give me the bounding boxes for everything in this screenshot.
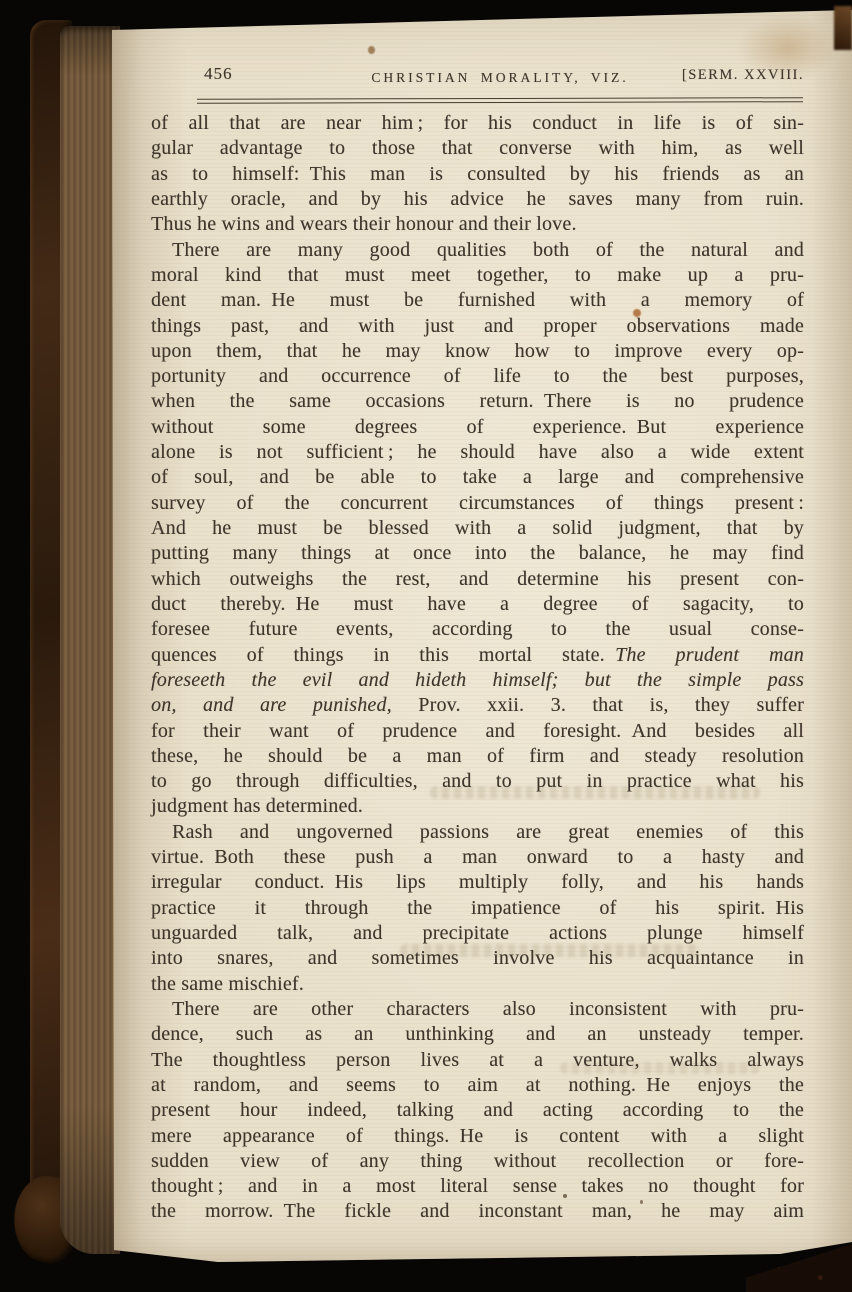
text-line: judgment has determined. <box>151 794 804 819</box>
text-line: mere appearance of things. He is content… <box>151 1124 804 1149</box>
text-line: practice it through the impatience of hi… <box>151 896 804 921</box>
text-segment: Rash and ungoverned passions are great e… <box>172 821 804 843</box>
text-segment: Prov. xxii. 3. that is, they suffer <box>418 694 804 716</box>
text-line: gular advantage to those that converse w… <box>151 136 804 161</box>
text-segment: as to himself: This man is consulted by … <box>151 163 804 185</box>
text-line: dence, such as an unthinking and an unst… <box>151 1022 804 1047</box>
paper-stain <box>368 46 375 54</box>
text-segment: There are many good qualities both of th… <box>172 239 804 261</box>
text-line: Rash and ungoverned passions are great e… <box>151 820 804 845</box>
text-line: putting many things at once into the bal… <box>151 541 804 566</box>
text-segment: moral kind that must meet together, to m… <box>151 264 804 286</box>
text-line: without some degrees of experience. But … <box>151 415 804 440</box>
text-line: duct thereby. He must have a degree of s… <box>151 592 804 617</box>
text-segment: upon them, that he may know how to impro… <box>151 340 804 362</box>
text-line: on, and are punished, Prov. xxii. 3. tha… <box>151 693 804 718</box>
text-line: upon them, that he may know how to impro… <box>151 339 804 364</box>
text-line: survey of the concurrent circumstances o… <box>151 491 804 516</box>
text-segment: virtue. Both these push a man onward to … <box>151 846 804 868</box>
text-line: quences of things in this mortal state. … <box>151 643 804 668</box>
text-line: alone is not sufficient ; he should have… <box>151 440 804 465</box>
text-line: Thus he wins and wears their honour and … <box>151 212 804 237</box>
text-line: There are many good qualities both of th… <box>151 238 804 263</box>
text-line: There are other characters also inconsis… <box>151 997 804 1022</box>
text-line: of all that are near him ; for his condu… <box>151 111 804 136</box>
text-segment: dence, such as an unthinking and an unst… <box>151 1023 804 1045</box>
text-segment: to go through difficulties, and to put i… <box>151 770 804 792</box>
text-segment: mere appearance of things. He is content… <box>151 1125 804 1147</box>
text-line: foresee future events, according to the … <box>151 617 804 642</box>
text-segment: for their want of prudence and foresight… <box>151 720 804 742</box>
text-line: of soul, and be able to take a large and… <box>151 465 804 490</box>
text-line: for their want of prudence and foresight… <box>151 719 804 744</box>
text-segment: quences of things in this mortal state. <box>151 644 615 666</box>
text-segment: And he must be blessed with a solid judg… <box>151 517 804 539</box>
text-segment: foresee future events, according to the … <box>151 618 804 640</box>
text-line: The thoughtless person lives at a ventur… <box>151 1048 804 1073</box>
text-line: the same mischief. <box>151 972 804 997</box>
text-line: when the same occasions return. There is… <box>151 389 804 414</box>
text-line: portunity and occurrence of life to the … <box>151 364 804 389</box>
text-segment: the morrow. The fickle and inconstant ma… <box>151 1200 804 1222</box>
scripture-quote-segment: foreseeth the evil and hideth himself; b… <box>151 669 804 691</box>
scanned-book-photo: 456 CHRISTIAN MORALITY, VIZ. [SERM. XXVI… <box>0 0 852 1292</box>
text-segment: portunity and occurrence of life to the … <box>151 365 804 387</box>
text-segment: putting many things at once into the bal… <box>151 542 804 564</box>
text-segment: when the same occasions return. There is… <box>151 390 804 412</box>
text-line: into snares, and sometimes involve his a… <box>151 946 804 971</box>
text-line: the morrow. The fickle and inconstant ma… <box>151 1199 804 1224</box>
text-segment: unguarded talk, and precipitate actions … <box>151 922 804 944</box>
text-segment: at random, and seems to aim at nothing. … <box>151 1074 804 1096</box>
text-line: at random, and seems to aim at nothing. … <box>151 1073 804 1098</box>
text-line: earthly oracle, and by his advice he sav… <box>151 187 804 212</box>
text-segment: earthly oracle, and by his advice he sav… <box>151 188 804 210</box>
text-segment: into snares, and sometimes involve his a… <box>151 947 804 969</box>
text-line: these, he should be a man of firm and st… <box>151 744 804 769</box>
text-segment: alone is not sufficient ; he should have… <box>151 441 804 463</box>
scripture-quote-segment: The prudent man <box>615 644 804 666</box>
text-line: to go through difficulties, and to put i… <box>151 769 804 794</box>
text-line: present hour indeed, talking and acting … <box>151 1098 804 1123</box>
scripture-quote-segment: on, and are punished, <box>151 694 418 716</box>
text-line: virtue. Both these push a man onward to … <box>151 845 804 870</box>
text-line: things past, and with just and proper ob… <box>151 314 804 339</box>
text-line: dent man. He must be furnished with a me… <box>151 288 804 313</box>
text-segment: of soul, and be able to take a large and… <box>151 466 804 488</box>
text-line: sudden view of any thing without recolle… <box>151 1149 804 1174</box>
text-segment: practice it through the impatience of hi… <box>151 897 804 919</box>
text-segment: There are other characters also inconsis… <box>172 998 804 1020</box>
text-line: moral kind that must meet together, to m… <box>151 263 804 288</box>
text-segment: without some degrees of experience. But … <box>151 416 804 438</box>
text-line: foreseeth the evil and hideth himself; b… <box>151 668 804 693</box>
text-segment: the same mischief. <box>151 973 304 995</box>
text-line: And he must be blessed with a solid judg… <box>151 516 804 541</box>
text-segment: duct thereby. He must have a degree of s… <box>151 593 804 615</box>
text-segment: irregular conduct. His lips multiply fol… <box>151 871 804 893</box>
text-segment: present hour indeed, talking and acting … <box>151 1099 804 1121</box>
text-segment: Thus he wins and wears their honour and … <box>151 213 577 235</box>
text-line: as to himself: This man is consulted by … <box>151 162 804 187</box>
text-line: thought ; and in a most literal sense ta… <box>151 1174 804 1199</box>
adjacent-book-corner <box>834 6 852 50</box>
text-segment: gular advantage to those that converse w… <box>151 137 804 159</box>
text-segment: these, he should be a man of firm and st… <box>151 745 804 767</box>
text-segment: sudden view of any thing without recolle… <box>151 1150 804 1172</box>
text-segment: survey of the concurrent circumstances o… <box>151 492 804 514</box>
text-segment: dent man. He must be furnished with a me… <box>151 289 804 311</box>
sermon-number-label: [SERM. XXVIII. <box>600 67 804 84</box>
text-segment: which outweighs the rest, and determine … <box>151 568 804 590</box>
text-segment: The thoughtless person lives at a ventur… <box>151 1049 804 1071</box>
text-line: unguarded talk, and precipitate actions … <box>151 921 804 946</box>
text-segment: thought ; and in a most literal sense ta… <box>151 1175 804 1197</box>
text-segment: things past, and with just and proper ob… <box>151 315 804 337</box>
body-text: of all that are near him ; for his condu… <box>151 111 804 1225</box>
page-edge-stack <box>60 26 120 1254</box>
text-segment: of all that are near him ; for his condu… <box>151 112 804 134</box>
text-line: irregular conduct. His lips multiply fol… <box>151 870 804 895</box>
text-segment: judgment has determined. <box>151 795 363 817</box>
text-line: which outweighs the rest, and determine … <box>151 567 804 592</box>
